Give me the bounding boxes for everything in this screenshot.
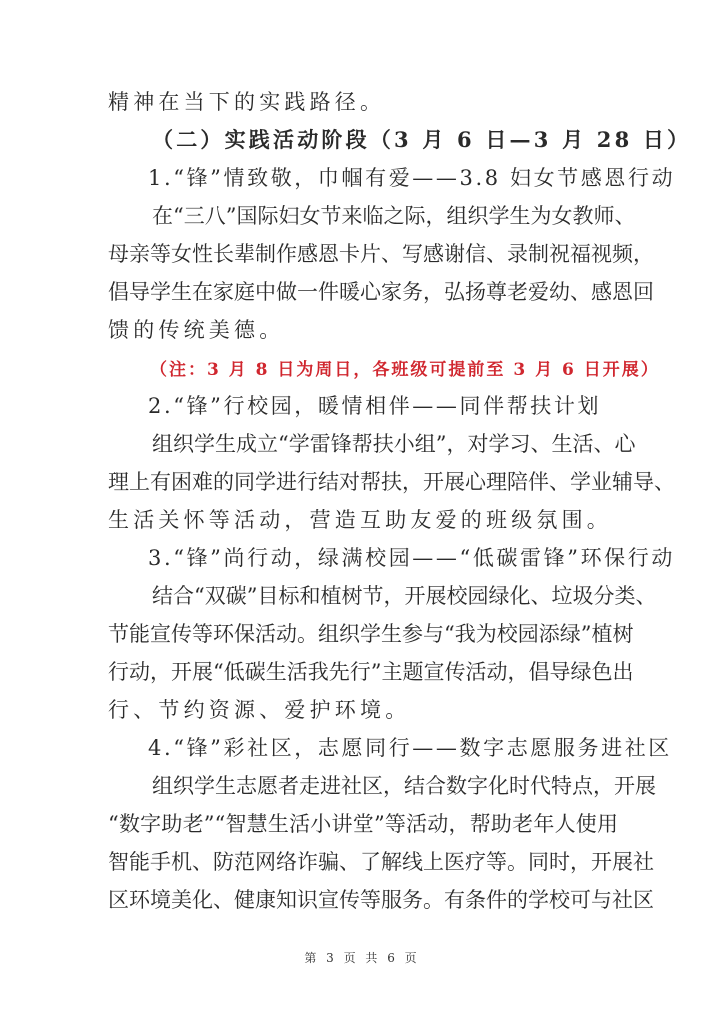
- paragraph-line: 母亲等女性长辈制作感恩卡片、写感谢信、录制祝福视频，: [108, 241, 618, 267]
- paragraph-line: 馈的传统美德。: [108, 317, 618, 343]
- paragraph-line: “数字助老”“智慧生活小讲堂”等活动，帮助老年人使用: [108, 811, 618, 837]
- note-text: （注：3 月 8 日为周日，各班级可提前至 3 月 6 日开展）: [150, 357, 660, 383]
- paragraph-line: 节能宣传等环保活动。组织学生参与“我为校园添绿”植树: [108, 621, 618, 647]
- paragraph-line: 行、节约资源、爱护环境。: [108, 697, 618, 723]
- paragraph-line: 结合“双碳”目标和植树节，开展校园绿化、垃圾分类、: [152, 583, 618, 609]
- activity-heading: 1.“锋”情致敬，巾帼有爱——3.8 妇女节感恩行动: [148, 165, 658, 191]
- page-number-footer: 第 3 页 共 6 页: [0, 949, 724, 966]
- paragraph-line: 智能手机、防范网络诈骗、了解线上医疗等。同时，开展社: [108, 849, 618, 875]
- paragraph-line: 理上有困难的同学进行结对帮扶，开展心理陪伴、学业辅导、: [108, 469, 618, 495]
- paragraph-line: 在“三八”国际妇女节来临之际，组织学生为女教师、: [152, 203, 618, 229]
- paragraph-line: 组织学生成立“学雷锋帮扶小组”，对学习、生活、心: [152, 431, 618, 457]
- activity-heading: 4.“锋”彩社区，志愿同行——数字志愿服务进社区: [148, 735, 658, 761]
- document-page: 精神在当下的实践路径。 （二）实践活动阶段（3 月 6 日—3 月 28 日） …: [0, 0, 724, 1024]
- paragraph-line: 生活关怀等活动，营造互助友爱的班级氛围。: [108, 507, 618, 533]
- section-heading: （二）实践活动阶段（3 月 6 日—3 月 28 日）: [152, 127, 662, 153]
- paragraph-line: 行动，开展“低碳生活我先行”主题宣传活动，倡导绿色出: [108, 659, 618, 685]
- paragraph-line: 精神在当下的实践路径。: [108, 89, 618, 115]
- activity-heading: 3.“锋”尚行动，绿满校园——“低碳雷锋”环保行动: [148, 545, 658, 571]
- paragraph-line: 倡导学生在家庭中做一件暖心家务，弘扬尊老爱幼、感恩回: [108, 279, 618, 305]
- paragraph-line: 组织学生志愿者走进社区，结合数字化时代特点，开展: [152, 773, 618, 799]
- activity-heading: 2.“锋”行校园，暖情相伴——同伴帮扶计划: [148, 393, 658, 419]
- paragraph-line: 区环境美化、健康知识宣传等服务。有条件的学校可与社区: [108, 887, 618, 913]
